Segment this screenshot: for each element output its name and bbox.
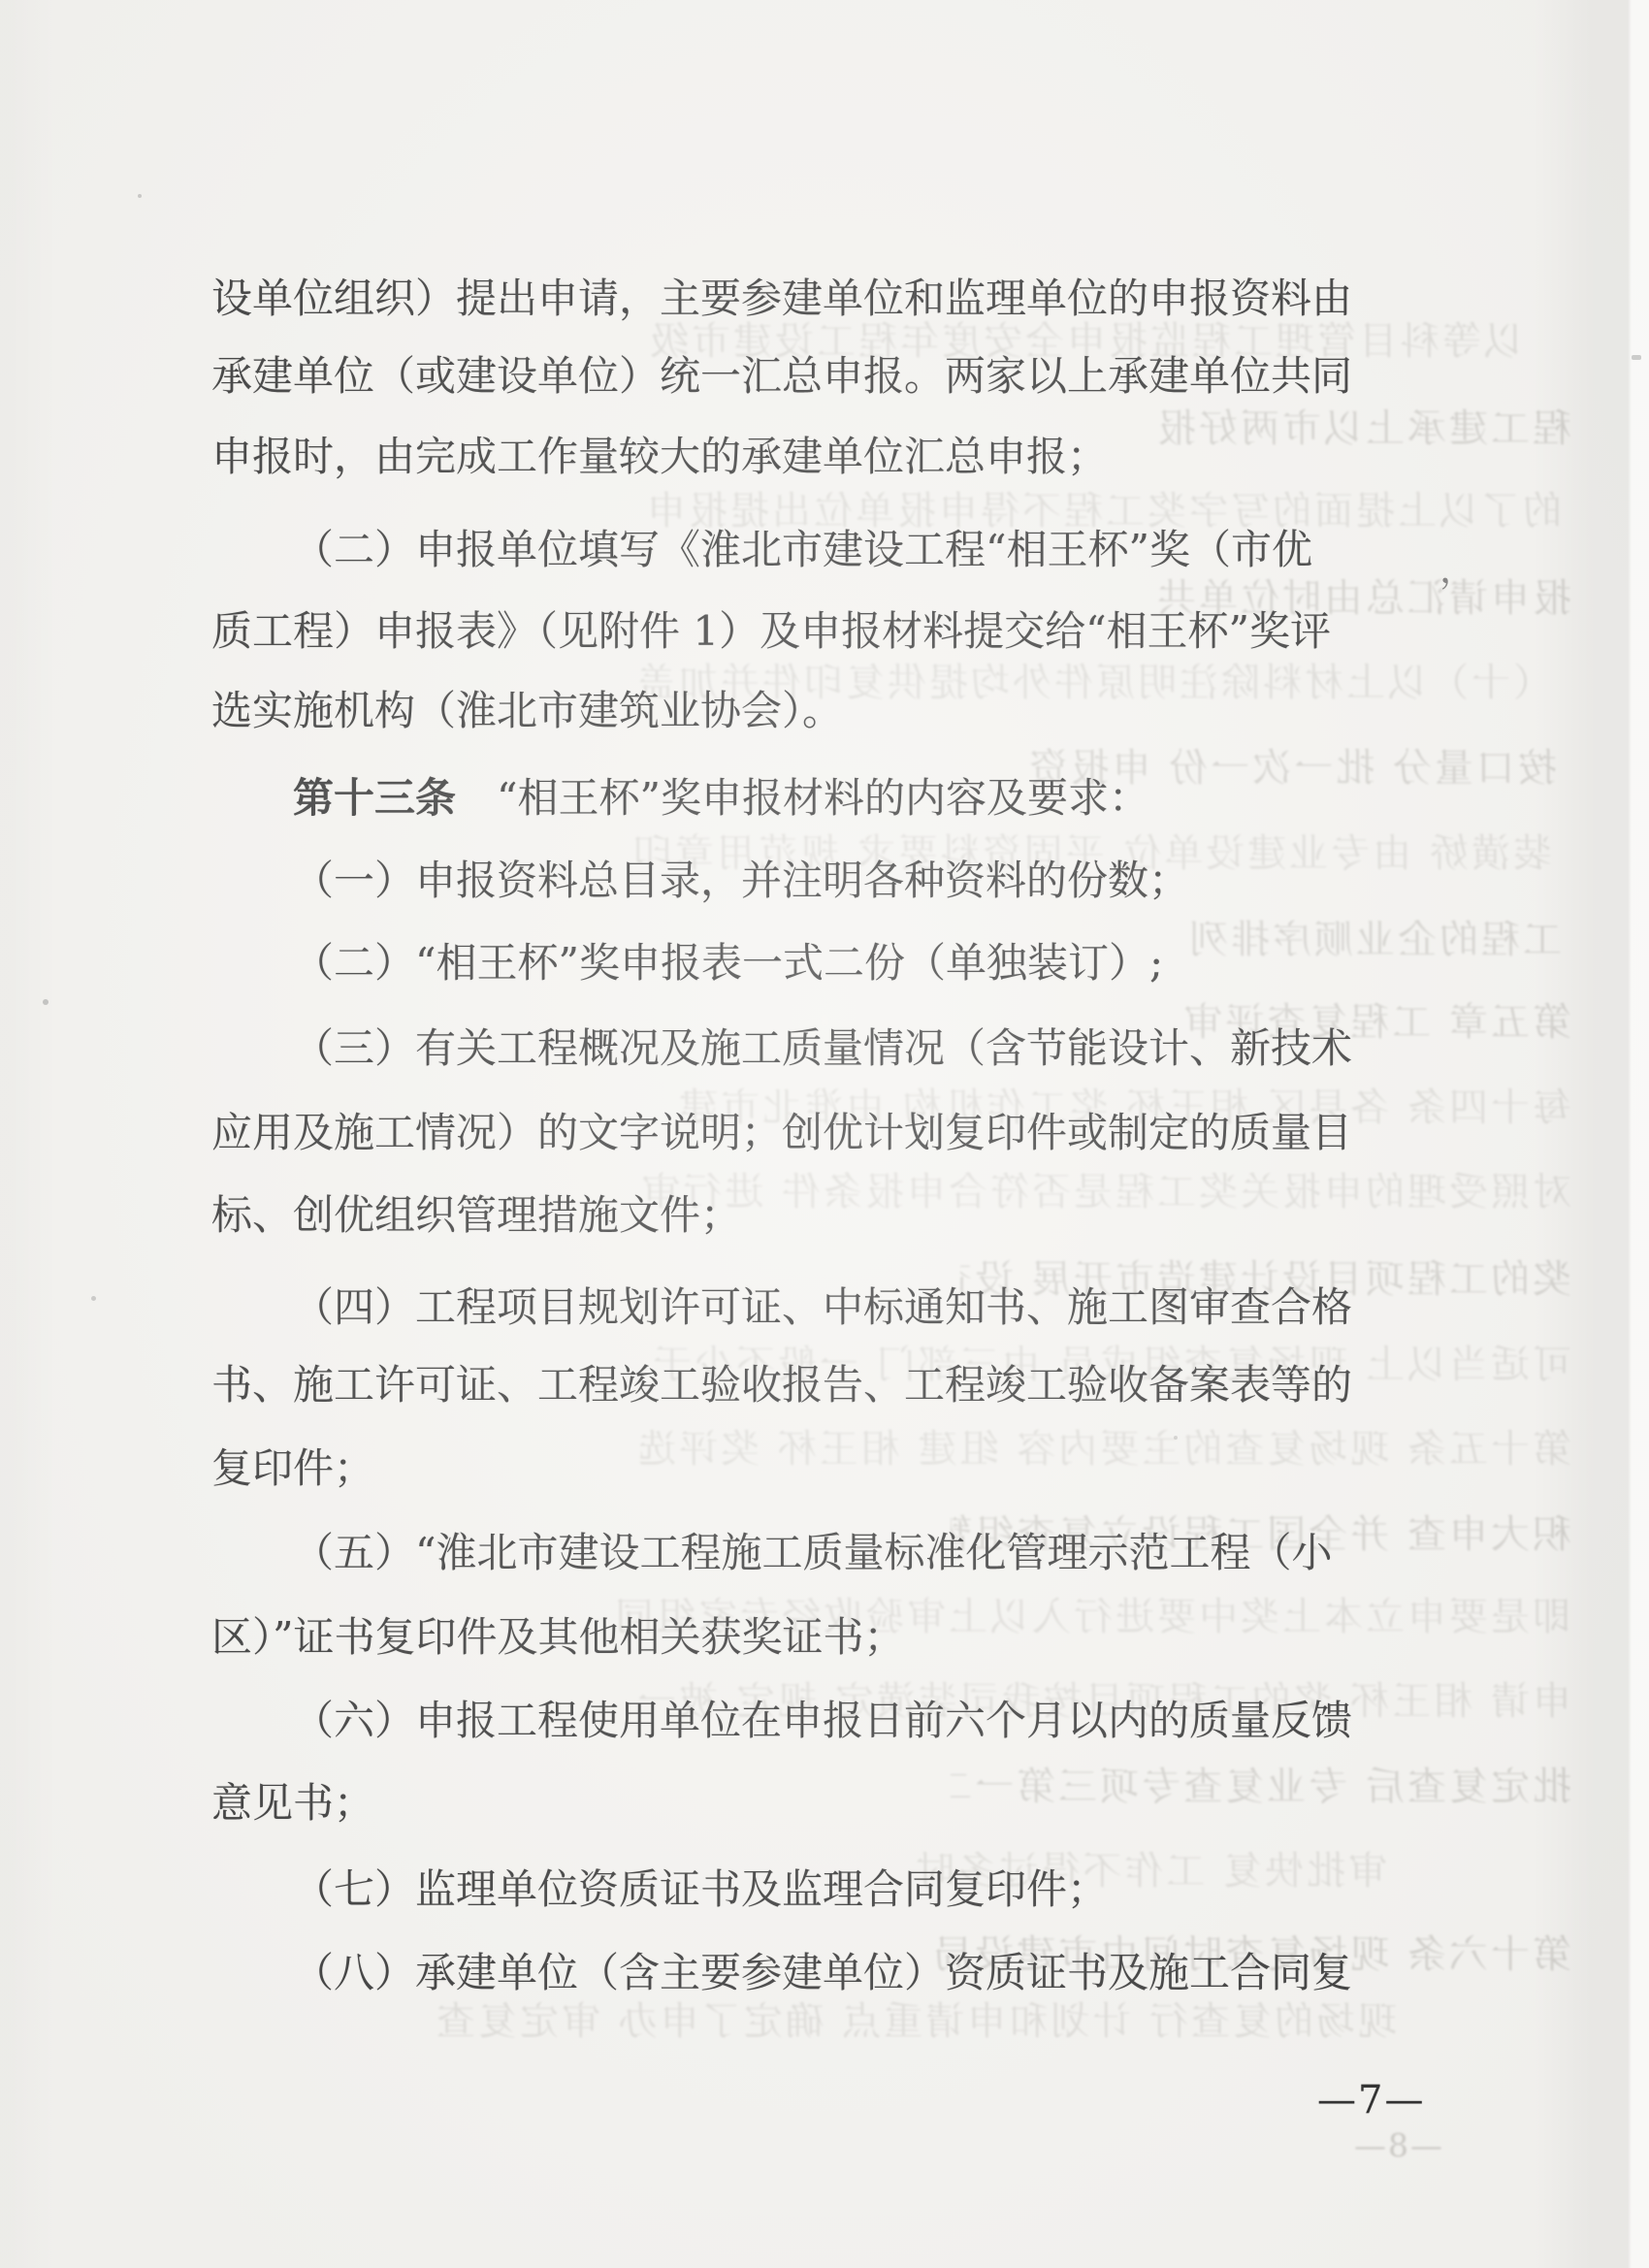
text-line: 应用及施工情况）的文字说明；创优计划复印件或制定的质量目: [211, 1108, 1352, 1160]
bleedthrough-line: 程工建承上以市两好报: [1028, 405, 1571, 454]
scan-speck: [1632, 355, 1641, 360]
text-line: （六）申报工程使用单位在申报日前六个月以内的质量反馈: [293, 1696, 1352, 1748]
scan-speck: [91, 1296, 96, 1301]
text-line: （七）监理单位资质证书及监理合同复印件；: [293, 1864, 1108, 1917]
article-number: 第十三条: [293, 774, 456, 822]
text-line: 设单位组织）提出申请，主要参建单位和监理单位的申报资料由: [211, 274, 1352, 326]
scan-speck: [138, 194, 142, 198]
page-number: —7—: [1317, 2078, 1425, 2122]
scanned-document-page: 以等科目管理工程监报申全安度年程工设建市级 程工建承上以市两好报 的了以上提面的…: [0, 0, 1649, 2268]
text-line: 书、施工许可证、工程竣工验收报告、工程竣工验收备案表等的: [211, 1360, 1352, 1412]
text-line: （五）“淮北市建设工程施工质量标准化管理示范工程（小: [293, 1528, 1332, 1580]
text-line: 区）”证书复印件及其他相关获奖证书；: [211, 1612, 904, 1665]
text-line: （二）“相王杯”奖申报表一式二份（单独装订）;: [293, 938, 1163, 990]
bleedthrough-line: 第十五条 现场复查的主要内容 组建 相王杯 奖评选: [223, 1426, 1571, 1474]
text-line: 质工程）申报表》（见附件 1）及申报材料提交给“相王杯”奖评: [211, 606, 1331, 659]
scan-speck: [43, 999, 48, 1005]
text-line: 申报时，由完成工作量较大的承建单位汇总申报；: [211, 432, 1108, 484]
bleedthrough-line: 现场的复查行 计划和申请重点 确定了申办 审定复查: [223, 1998, 1397, 2047]
text-line-article-13: 第十三条 “相王杯”奖申报材料的内容及要求：: [293, 773, 1149, 826]
text-line: 选实施机构（淮北市建筑业协会）。: [211, 686, 843, 738]
text-line: 意见书；: [211, 1778, 374, 1831]
text-line: （三）有关工程概况及施工质量情况（含节能设计、新技术: [293, 1023, 1352, 1076]
text-line: 复印件；: [211, 1443, 374, 1496]
bleedthrough-line: 批定复查后 专业复查专项三第一二三当的工程并复查: [951, 1764, 1571, 1812]
scan-speck: [1174, 1436, 1178, 1440]
text-line: （八）承建单位（含主要参建单位）资质证书及施工合同复: [293, 1948, 1352, 2000]
article-13-text: “相王杯”奖申报材料的内容及要求：: [456, 774, 1149, 822]
stray-comma-mark: ，: [1439, 539, 1476, 593]
text-line: （二）申报单位填写《淮北市建设工程“相王杯”奖（市优: [293, 525, 1312, 577]
text-line: （四）工程项目规划许可证、中标通知书、施工图审查合格: [293, 1282, 1352, 1335]
text-line: （一）申报资料总目录，并注明各种资料的份数；: [293, 856, 1189, 908]
text-line: 承建单位（或建设单位）统一汇总申报。两家以上承建单位共同: [211, 351, 1352, 404]
page-number-bleedthrough: —8—: [1354, 2126, 1444, 2164]
text-line: 标、创优组织管理措施文件；: [211, 1190, 741, 1243]
